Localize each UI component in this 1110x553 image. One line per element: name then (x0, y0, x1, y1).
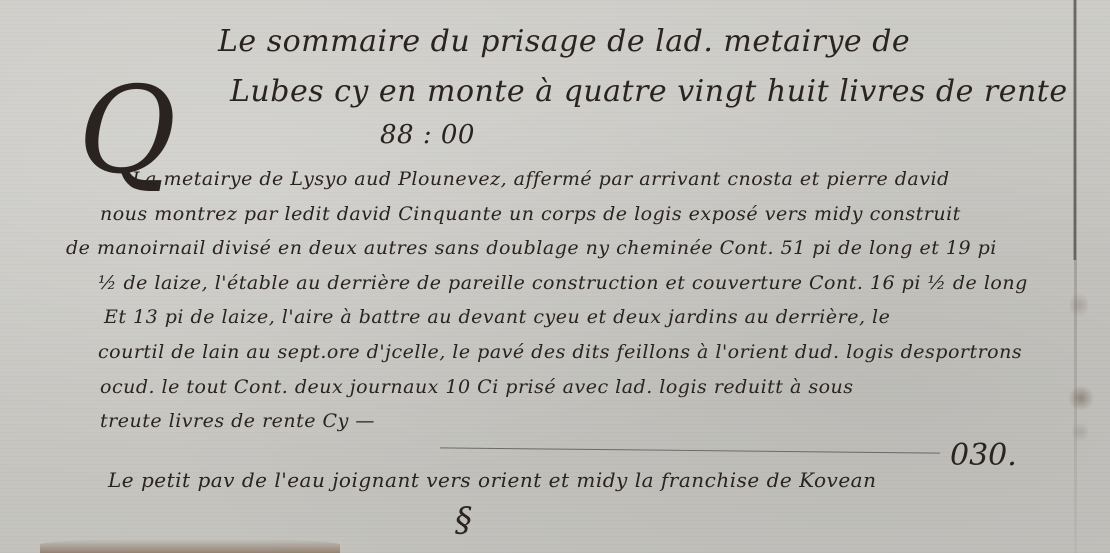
paragraph-line: courtil de lain au sept.ore d'jcelle, le… (98, 341, 1022, 363)
entry-rule-line (440, 447, 940, 453)
ink-stain (1072, 420, 1088, 444)
paragraph-line: Et 13 pi de laize, l'aire à battre au de… (104, 306, 890, 328)
heading-line-3: 88 : 00 (380, 120, 475, 150)
paragraph-line: ½ de laize, l'étable au derrière de pare… (98, 272, 1028, 294)
ink-stain (1068, 385, 1094, 411)
paragraph-line: nous montrez par ledit david Cinquante u… (100, 203, 961, 225)
ink-stain (1070, 290, 1088, 320)
manuscript-page: Le sommaire du prisage de lad. metairye … (0, 0, 1110, 553)
paragraph-line: La metairye de Lysyo aud Plounevez, affe… (132, 168, 950, 190)
paraph-flourish-icon: § (455, 500, 472, 540)
heading-line-1: Le sommaire du prisage de lad. metairye … (218, 24, 910, 59)
closing-line: Le petit pav de l'eau joignant vers orie… (108, 468, 876, 492)
paragraph-line: de manoirnail divisé en deux autres sans… (66, 237, 997, 259)
water-stain (40, 539, 340, 553)
paragraph-line: ocud. le tout Cont. deux journaux 10 Ci … (100, 376, 854, 398)
paragraph-line: treute livres de rente Cy — (100, 410, 375, 432)
heading-line-2: Lubes cy en monte à quatre vingt huit li… (230, 74, 1068, 109)
page-fold-line (1073, 0, 1077, 260)
rent-amount: 030. (950, 438, 1017, 473)
